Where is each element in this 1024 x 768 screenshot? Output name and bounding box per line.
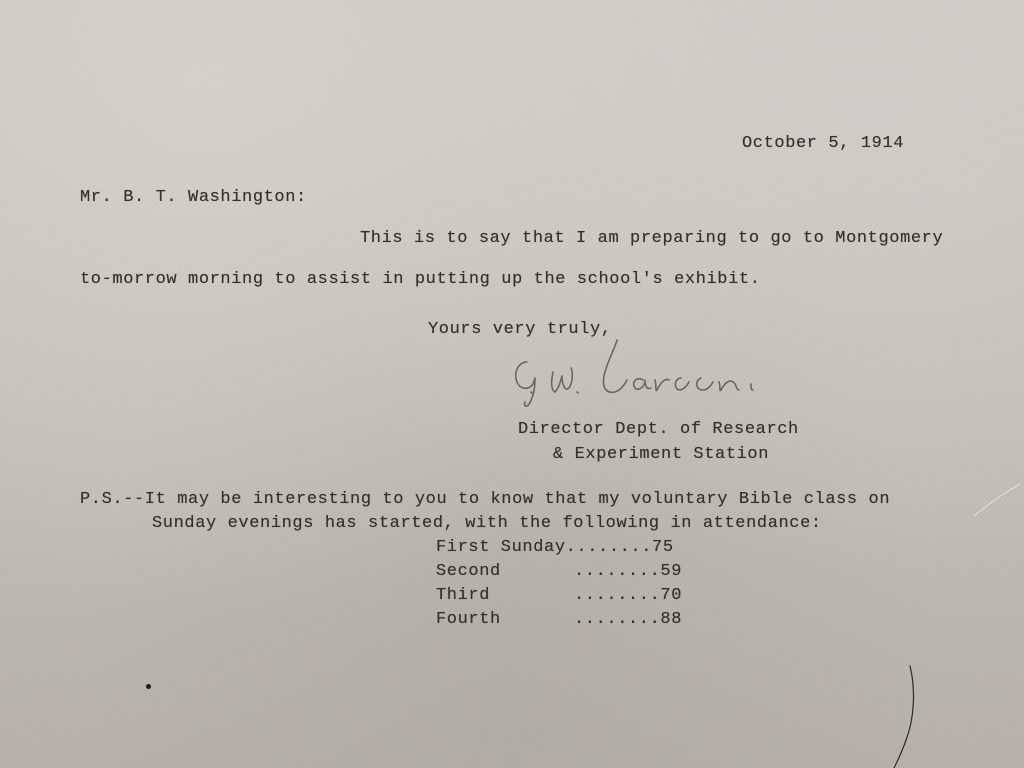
attendance-row: Second ........ 59 bbox=[436, 562, 682, 586]
attendance-label: Third bbox=[436, 586, 574, 605]
signer-title-line-2: & Experiment Station bbox=[553, 445, 769, 464]
signature-icon bbox=[505, 332, 885, 412]
attendance-row: Fourth ........ 88 bbox=[436, 610, 682, 634]
attendance-count: 70 bbox=[660, 586, 682, 605]
attendance-label: Fourth bbox=[436, 610, 574, 629]
body-line-2: to-morrow morning to assist in putting u… bbox=[80, 270, 761, 289]
letter-date: October 5, 1914 bbox=[742, 134, 904, 153]
attendance-list: First Sunday ........ 75 Second ........… bbox=[436, 538, 682, 634]
handwritten-signature bbox=[505, 332, 885, 412]
signer-title-line-1: Director Dept. of Research bbox=[518, 420, 799, 439]
postscript-line-2: Sunday evenings has started, with the fo… bbox=[152, 514, 822, 533]
attendance-row: First Sunday ........ 75 bbox=[436, 538, 682, 562]
salutation: Mr. B. T. Washington: bbox=[80, 188, 307, 207]
ink-spot bbox=[146, 684, 151, 689]
leader-dots: ........ bbox=[574, 586, 660, 605]
attendance-count: 75 bbox=[652, 538, 674, 557]
attendance-count: 88 bbox=[660, 610, 682, 629]
pen-stroke-mark bbox=[880, 660, 940, 768]
leader-dots: ........ bbox=[574, 562, 660, 581]
attendance-label: First Sunday bbox=[436, 538, 566, 557]
paper-crease bbox=[970, 480, 1024, 520]
attendance-label: Second bbox=[436, 562, 574, 581]
attendance-row: Third ........ 70 bbox=[436, 586, 682, 610]
postscript-line-1: P.S.--It may be interesting to you to kn… bbox=[80, 490, 890, 509]
attendance-count: 59 bbox=[660, 562, 682, 581]
body-line-1: This is to say that I am preparing to go… bbox=[360, 229, 943, 248]
leader-dots: ........ bbox=[574, 610, 660, 629]
leader-dots: ........ bbox=[566, 538, 652, 557]
